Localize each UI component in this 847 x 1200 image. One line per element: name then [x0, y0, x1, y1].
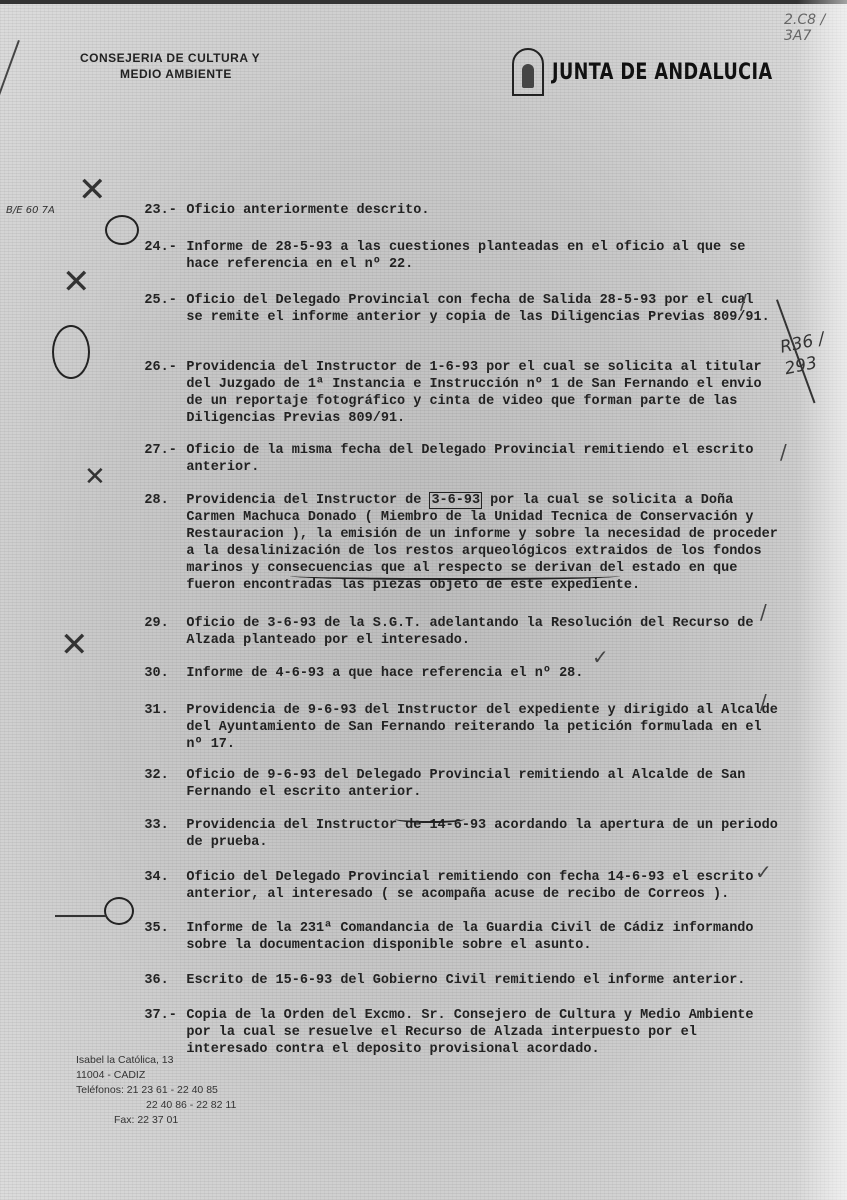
x-mark-icon: ✕: [62, 262, 91, 302]
organization-name: JUNTA DE ANDALUCIA: [552, 60, 772, 85]
boxed-date: 3-6-93: [429, 492, 482, 509]
page-fold-edge: [0, 40, 20, 210]
list-item: 25.-Oficio del Delegado Provincial con f…: [112, 275, 770, 343]
department-line1: CONSEJERIA DE CULTURA Y: [80, 50, 260, 66]
item-text: Providencia del Instructor de 1-6-93 por…: [186, 359, 761, 427]
item-text: Oficio anteriormente descrito.: [186, 202, 429, 219]
item-text: Informe de 28-5-93 a las cuestiones plan…: [186, 239, 745, 273]
item-number: 34.: [144, 869, 186, 886]
item-number: 25.-: [144, 292, 186, 309]
check-mark-icon: ✓: [592, 645, 609, 669]
item-text: Oficio del Delegado Provincial remitiend…: [186, 869, 753, 903]
item-text: Informe de la 231ª Comandancia de la Gua…: [186, 920, 753, 954]
check-mark-icon: /: [760, 600, 767, 624]
handwritten-left-reference: B/E 60 7A: [6, 205, 55, 216]
item-text: Oficio de 3-6-93 de la S.G.T. adelantand…: [186, 615, 753, 649]
footer-address: Isabel la Católica, 13 11004 - CADIZ Tel…: [76, 1053, 236, 1128]
item-number: 30.: [144, 665, 186, 682]
scan-right-margin: [797, 0, 847, 1200]
footer-phones-2: 22 40 86 - 22 82 11: [76, 1098, 236, 1113]
item-text: Providencia de 9-6-93 del Instructor del…: [186, 702, 777, 753]
footer-street: Isabel la Católica, 13: [76, 1053, 236, 1068]
andalucia-coat-of-arms-icon: [512, 48, 544, 96]
check-mark-icon: ✓: [755, 860, 772, 884]
scan-top-border: [0, 0, 847, 4]
department-line2: MEDIO AMBIENTE: [80, 66, 260, 82]
item-number: 36.: [144, 972, 186, 989]
item-number: 26.-: [144, 359, 186, 376]
item-number: 28.: [144, 492, 186, 509]
item-number: 29.: [144, 615, 186, 632]
x-mark-icon: ✕: [78, 170, 107, 210]
check-mark-icon: /: [740, 290, 747, 314]
item-number: 33.: [144, 817, 186, 834]
footer-phones: Teléfonos: 21 23 61 - 22 40 85: [76, 1083, 236, 1098]
item-number: 27.-: [144, 442, 186, 459]
item-number: 37.-: [144, 1007, 186, 1024]
underline-mark: [395, 815, 465, 823]
item-text: Oficio del Delegado Provincial con fecha…: [186, 292, 769, 326]
item-text: Oficio de 9-6-93 del Delegado Provincial…: [186, 767, 745, 801]
handwritten-folio-number: 2.C8 / 3A7: [784, 12, 847, 44]
item-number: 23.-: [144, 202, 186, 219]
x-mark-icon: ✕: [84, 462, 106, 492]
junta-logo: JUNTA DE ANDALUCIA: [512, 48, 828, 96]
footer-postal: 11004 - CADIZ: [76, 1068, 236, 1083]
item-number: 31.: [144, 702, 186, 719]
department-header: CONSEJERIA DE CULTURA Y MEDIO AMBIENTE: [80, 50, 260, 82]
x-mark-icon: ✕: [60, 625, 89, 665]
item-text: Providencia del Instructor de 14-6-93 ac…: [186, 817, 777, 851]
item-text: Oficio de la misma fecha del Delegado Pr…: [186, 442, 753, 476]
circle-mark-icon: [105, 215, 139, 245]
margin-line-mark: [55, 915, 107, 917]
item-text: Copia de la Orden del Excmo. Sr. Conseje…: [186, 1007, 753, 1058]
circle-mark-icon: [52, 325, 90, 379]
list-item: 28.Providencia del Instructor de 3-6-93 …: [112, 475, 778, 611]
check-mark-icon: /: [760, 690, 767, 714]
item-text: Informe de 4-6-93 a que hace referencia …: [186, 665, 583, 682]
check-mark-icon: /: [780, 440, 787, 464]
footer-fax: Fax: 22 37 01: [76, 1113, 236, 1128]
item-number: 35.: [144, 920, 186, 937]
item-number: 24.-: [144, 239, 186, 256]
item-number: 32.: [144, 767, 186, 784]
scanned-page: CONSEJERIA DE CULTURA Y MEDIO AMBIENTE J…: [0, 0, 847, 1200]
item-text: Escrito de 15-6-93 del Gobierno Civil re…: [186, 972, 745, 989]
circle-mark-icon: [104, 897, 134, 925]
underline-mark: [290, 572, 620, 580]
